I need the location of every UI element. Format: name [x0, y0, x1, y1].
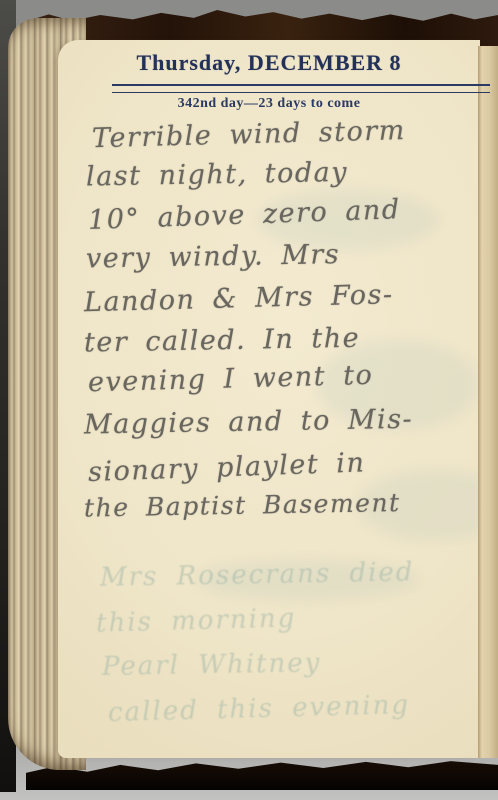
bleed-through-line: Mrs Rosecrans died — [100, 557, 415, 592]
day-count-line: 342nd day—23 days to come — [58, 96, 480, 112]
scanned-diary-page: Thursday, DECEMBER 8 342nd day—23 days t… — [0, 0, 498, 800]
bleed-through-line: this morning — [96, 603, 297, 638]
bleed-through-line: Pearl Whitney — [102, 648, 322, 682]
header-double-rule — [112, 84, 490, 93]
printed-date-header: Thursday, DECEMBER 8 — [58, 50, 480, 76]
